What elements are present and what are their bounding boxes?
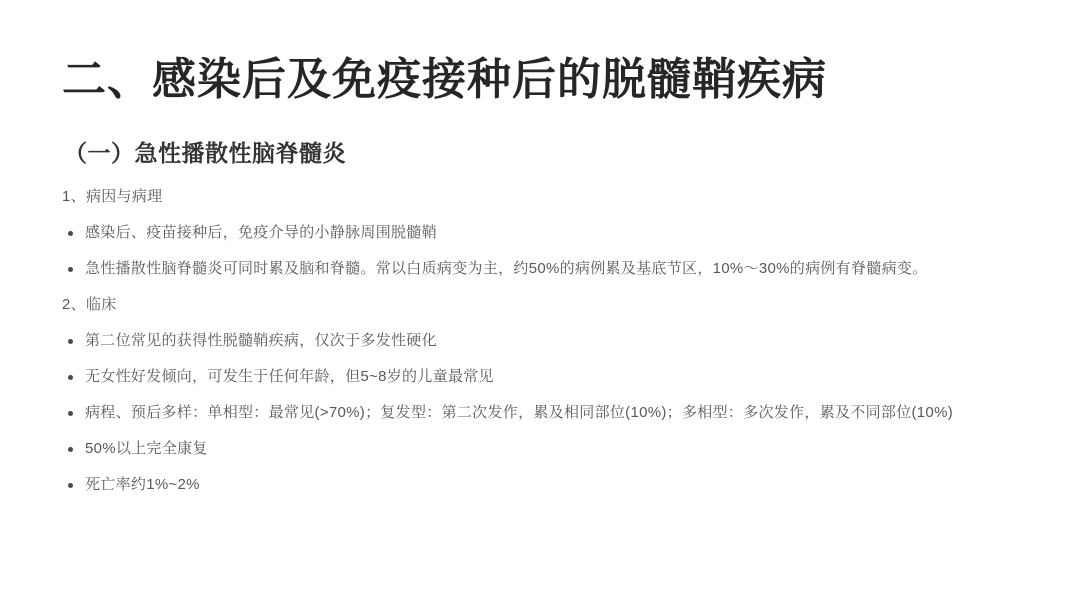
bullet-icon: [68, 339, 73, 344]
slide-body: 1、病因与病理 感染后、疫苗接种后，免疫介导的小静脉周围脱髓鞘 急性播散性脑脊髓…: [62, 183, 1018, 499]
list-item: 50%以上完全康复: [62, 435, 1018, 463]
list-item: 感染后、疫苗接种后，免疫介导的小静脉周围脱髓鞘: [62, 219, 1018, 247]
list-item: 无女性好发倾向，可发生于任何年龄，但5~8岁的儿童最常见: [62, 363, 1018, 391]
bullet-icon: [68, 231, 73, 236]
numbered-heading-clinical: 2、临床: [62, 291, 1018, 319]
slide: 二、感染后及免疫接种后的脱髓鞘疾病 （一）急性播散性脑脊髓炎 1、病因与病理 感…: [0, 0, 1080, 608]
bullet-icon: [68, 447, 73, 452]
numbered-heading-etiology: 1、病因与病理: [62, 183, 1018, 211]
bullet-text: 50%以上完全康复: [85, 435, 1018, 463]
list-item: 死亡率约1%~2%: [62, 471, 1018, 499]
bullet-text: 感染后、疫苗接种后，免疫介导的小静脉周围脱髓鞘: [85, 219, 1018, 247]
list-item: 病程、预后多样：单相型：最常见(>70%)；复发型：第二次发作，累及相同部位(1…: [62, 399, 1018, 427]
bullet-text: 第二位常见的获得性脱髓鞘疾病，仅次于多发性硬化: [85, 327, 1018, 355]
bullet-icon: [68, 375, 73, 380]
bullet-icon: [68, 267, 73, 272]
bullet-icon: [68, 483, 73, 488]
bullet-text: 无女性好发倾向，可发生于任何年龄，但5~8岁的儿童最常见: [85, 363, 1018, 391]
bullet-text: 病程、预后多样：单相型：最常见(>70%)；复发型：第二次发作，累及相同部位(1…: [85, 399, 1018, 427]
bullet-icon: [68, 411, 73, 416]
list-item: 急性播散性脑脊髓炎可同时累及脑和脊髓。常以白质病变为主，约50%的病例累及基底节…: [62, 255, 1018, 283]
bullet-text: 急性播散性脑脊髓炎可同时累及脑和脊髓。常以白质病变为主，约50%的病例累及基底节…: [85, 255, 1018, 283]
list-item: 第二位常见的获得性脱髓鞘疾病，仅次于多发性硬化: [62, 327, 1018, 355]
section-subtitle: （一）急性播散性脑脊髓炎: [64, 138, 1040, 169]
slide-title: 二、感染后及免疫接种后的脱髓鞘疾病: [62, 54, 1040, 107]
bullet-text: 死亡率约1%~2%: [85, 471, 1018, 499]
